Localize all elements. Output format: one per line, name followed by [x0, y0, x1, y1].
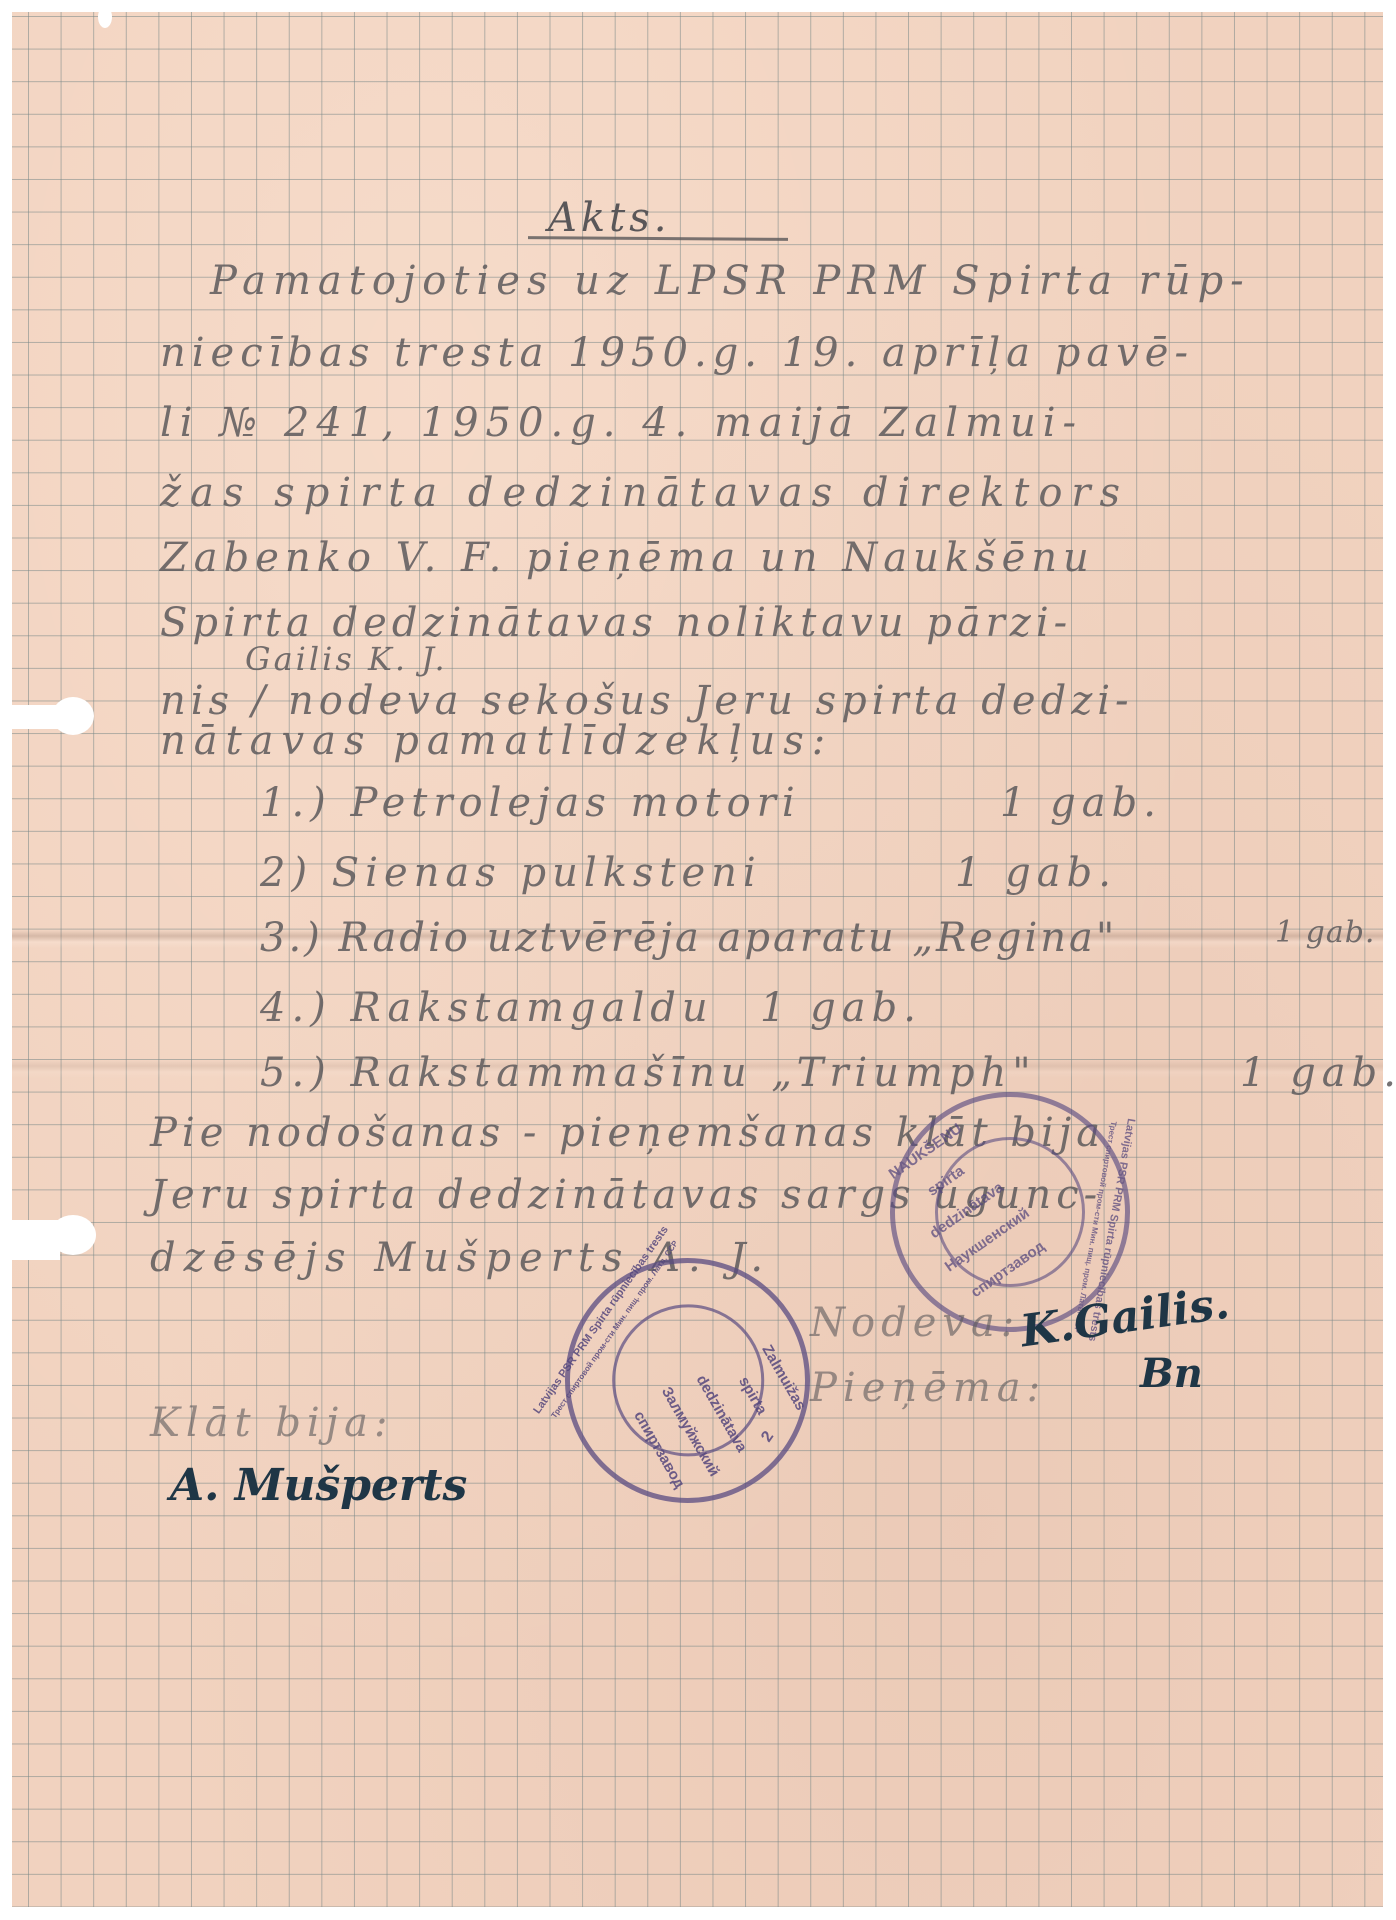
item-qty: 1 gab.	[760, 985, 922, 1031]
body-line: žas spirta dedzinātavas direktors	[160, 470, 1129, 516]
item-name: Rakstammašīnu „Triumph"	[351, 1050, 1037, 1096]
item-name: Radio uztvērēja aparatu „Regina"	[339, 915, 1118, 961]
punch-hole-tear	[0, 1220, 60, 1260]
received-signature: Bn	[1140, 1350, 1203, 1397]
list-item: 4.) Rakstamgaldu	[260, 985, 714, 1031]
handed-over-label: Nodeva:	[810, 1300, 1020, 1346]
present-signature: A. Mušperts	[170, 1460, 467, 1511]
present-label: Klāt bija:	[150, 1400, 393, 1446]
body-line: li № 241, 1950.g. 4. maijā Zalmui-	[160, 400, 1083, 446]
list-item: 5.) Rakstammašīnu „Triumph"	[260, 1050, 1037, 1096]
item-qty: 1 gab.	[1275, 915, 1375, 950]
item-qty: 1 gab.	[1000, 780, 1162, 826]
item-name: Rakstamgaldu	[351, 985, 714, 1031]
item-number: 3.)	[260, 915, 323, 961]
item-number: 1.)	[260, 780, 332, 826]
received-label: Pieņēma:	[810, 1365, 1046, 1411]
document-title: Akts.	[548, 195, 670, 241]
list-item: 3.) Radio uztvērēja aparatu „Regina"	[260, 915, 1117, 961]
item-qty: 1 gab.	[1240, 1050, 1396, 1096]
punch-hole-tear	[0, 705, 70, 729]
body-line: nātavas pamatlīdzekļus:	[160, 718, 833, 764]
item-qty: 1 gab.	[955, 850, 1117, 896]
item-name: Petrolejas motori	[351, 780, 801, 826]
body-line: Pamatojoties uz LPSR PRM Spirta rūp-	[210, 258, 1251, 304]
insertion-note: Gailis K. J.	[245, 640, 448, 678]
edge-tear	[98, 6, 112, 28]
list-item: 2) Sienas pulksteni	[260, 850, 762, 896]
body-line: niecības tresta 1950.g. 19. aprīļa pavē-	[160, 330, 1194, 376]
list-item: 1.) Petrolejas motori	[260, 780, 801, 826]
item-number: 5.)	[260, 1050, 332, 1096]
item-number: 4.)	[260, 985, 332, 1031]
body-line: Zabenko V. F. pieņēma un Naukšēnu	[160, 535, 1095, 581]
item-name: Sienas pulksteni	[332, 850, 762, 896]
item-number: 2)	[260, 850, 313, 896]
